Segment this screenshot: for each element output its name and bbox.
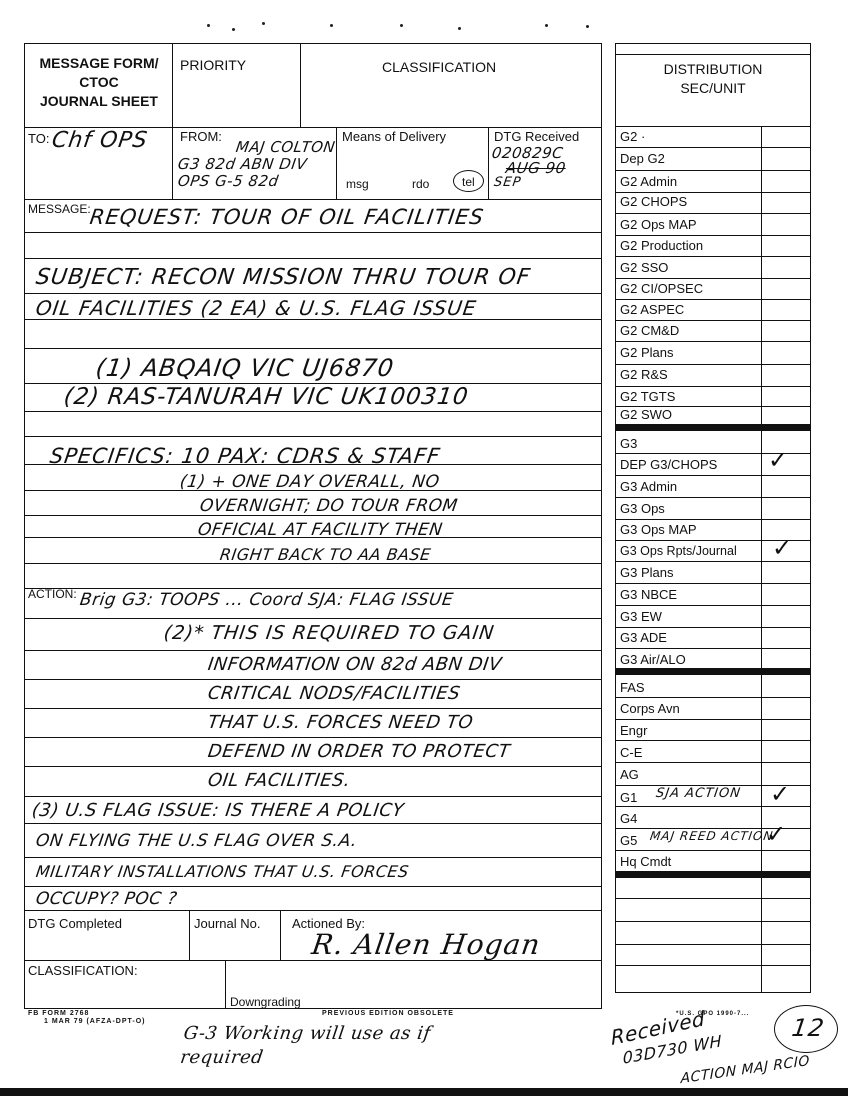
dist-item[interactable]: G3 Admin	[620, 479, 677, 494]
dist-item[interactable]: AG	[620, 767, 639, 782]
dist-item[interactable]: G3 Ops Rpts/Journal	[620, 544, 737, 558]
divider	[616, 497, 810, 498]
divider	[24, 960, 602, 961]
scan-speck	[207, 24, 210, 27]
divider	[616, 583, 810, 584]
scan-speck	[262, 22, 265, 25]
divider	[24, 199, 602, 200]
message-line[interactable]: DEFEND IN ORDER TO PROTECT	[207, 741, 512, 762]
to-value[interactable]: Chf OPS	[50, 128, 149, 153]
to-label: TO:	[28, 131, 49, 146]
dist-item[interactable]: G3 Ops MAP	[620, 522, 697, 537]
message-line[interactable]: MILITARY INSTALLATIONS THAT U.S. FORCES	[35, 862, 410, 881]
classification-label: CLASSIFICATION	[382, 59, 496, 75]
dist-item[interactable]: G3 Air/ALO	[620, 652, 686, 667]
dist-item[interactable]: G2 SWO	[620, 407, 672, 422]
scan-speck	[545, 24, 548, 27]
divider	[616, 147, 810, 148]
dist-item[interactable]: Dep G2	[620, 151, 665, 166]
divider	[225, 960, 226, 1009]
message-line[interactable]: OIL FACILITIES.	[207, 770, 352, 791]
section-separator	[615, 424, 810, 431]
message-line[interactable]: SPECIFICS: 10 PAX: CDRS & STAFF	[48, 444, 442, 468]
from-line[interactable]: MAJ COLTON	[235, 138, 337, 156]
dist-item[interactable]: G4	[620, 811, 637, 826]
means-option-tel[interactable]: tel	[462, 175, 475, 189]
g5-note: MAJ REED ACTION	[649, 829, 774, 843]
dtg-received-value[interactable]: SEP	[493, 175, 522, 190]
message-line[interactable]: RIGHT BACK TO AA BASE	[219, 545, 433, 564]
divider	[616, 386, 810, 387]
form-title-line: CTOC	[26, 73, 172, 92]
dist-item[interactable]: G2 Production	[620, 238, 703, 253]
divider	[616, 235, 810, 236]
message-line[interactable]: ON FLYING THE U.S FLAG OVER S.A.	[35, 831, 359, 851]
checkmark-icon[interactable]: ✓	[766, 820, 786, 848]
dist-item[interactable]: G2 Ops MAP	[620, 217, 697, 232]
divider	[616, 719, 810, 720]
dist-item[interactable]: G2 Plans	[620, 345, 673, 360]
form-title-line: MESSAGE FORM/	[26, 54, 172, 73]
action-label: ACTION:	[28, 587, 77, 601]
divider	[300, 43, 301, 127]
rule-line	[24, 679, 602, 680]
dist-item[interactable]: G1	[620, 790, 637, 805]
dist-item[interactable]: Hq Cmdt	[620, 854, 671, 869]
divider	[616, 605, 810, 606]
message-line[interactable]: INFORMATION ON 82d ABN DIV	[207, 654, 504, 675]
from-line[interactable]: G3 82d ABN DIV	[177, 155, 309, 173]
checkmark-icon[interactable]: ✓	[770, 780, 790, 808]
dist-item[interactable]: G2 ASPEC	[620, 302, 684, 317]
dist-item[interactable]: G2 SSO	[620, 260, 668, 275]
divider	[616, 921, 810, 922]
divider	[616, 126, 810, 127]
dtg-received-label: DTG Received	[494, 129, 579, 144]
message-line[interactable]: (3) U.S FLAG ISSUE: IS THERE A POLICY	[31, 800, 406, 821]
dist-item[interactable]: G2 CHOPS	[620, 194, 687, 209]
from-label: FROM:	[180, 129, 222, 144]
scan-speck	[232, 28, 235, 31]
rule-line	[24, 650, 602, 651]
rule-line	[24, 886, 602, 887]
divider	[616, 627, 810, 628]
distribution-title-line: SEC/UNIT	[615, 79, 811, 98]
section-separator	[615, 871, 810, 878]
dist-item[interactable]: Engr	[620, 723, 647, 738]
rule-line	[24, 411, 602, 412]
divider	[616, 256, 810, 257]
rule-line	[24, 737, 602, 738]
message-line[interactable]: (2)* THIS IS REQUIRED TO GAIN	[162, 622, 496, 644]
dist-item[interactable]: G2 Admin	[620, 174, 677, 189]
distribution-title: DISTRIBUTION SEC/UNIT	[615, 60, 811, 98]
divider	[616, 898, 810, 899]
dist-item[interactable]: G2 CM&D	[620, 323, 679, 338]
dist-item[interactable]: G2 ·	[620, 129, 645, 144]
message-line[interactable]: OCCUPY? POC ?	[35, 889, 179, 909]
means-option-msg[interactable]: msg	[346, 177, 369, 191]
message-line[interactable]: (1) ABQAIQ VIC UJ6870	[94, 354, 396, 382]
divider	[616, 192, 810, 193]
means-option-rdo[interactable]: rdo	[412, 177, 429, 191]
dist-item[interactable]: G3 EW	[620, 609, 662, 624]
divider	[616, 475, 810, 476]
divider	[616, 213, 810, 214]
divider	[172, 127, 173, 199]
divider	[189, 910, 190, 960]
divider	[616, 648, 810, 649]
classification-bottom-label: CLASSIFICATION:	[28, 963, 138, 978]
rule-line	[24, 348, 602, 349]
divider	[172, 43, 173, 127]
journal-no-label: Journal No.	[194, 916, 260, 931]
scan-speck	[400, 24, 403, 27]
footer-form-number: FB FORM 2768	[28, 1010, 89, 1017]
divider	[616, 762, 810, 763]
form-title: MESSAGE FORM/ CTOC JOURNAL SHEET	[26, 54, 172, 111]
bottom-note: G-3 Working will use as if required	[179, 1022, 506, 1070]
received-note: ACTION MAJ RCIO	[681, 1053, 810, 1087]
dist-item[interactable]: C-E	[620, 745, 642, 760]
rule-line	[24, 766, 602, 767]
divider	[616, 697, 810, 698]
divider	[616, 561, 810, 562]
scan-speck	[586, 25, 589, 28]
message-line[interactable]: OVERNIGHT; DO TOUR FROM	[199, 496, 459, 516]
dist-item[interactable]: G3 Plans	[620, 565, 673, 580]
dist-item[interactable]: Corps Avn	[620, 701, 680, 716]
rule-line	[24, 857, 602, 858]
dist-item[interactable]: G2 TGTS	[620, 389, 675, 404]
divider	[616, 965, 810, 966]
checkmark-icon[interactable]: ✓	[772, 534, 792, 562]
divider	[616, 519, 810, 520]
distribution-title-line: DISTRIBUTION	[615, 60, 811, 79]
message-line[interactable]: (1) + ONE DAY OVERALL, NO	[179, 472, 441, 492]
divider	[616, 944, 810, 945]
rule-line	[24, 258, 602, 259]
message-label: MESSAGE:	[28, 202, 91, 216]
divider	[616, 850, 810, 851]
message-line[interactable]: SUBJECT: RECON MISSION THRU TOUR OF	[34, 265, 532, 290]
divider	[280, 910, 281, 960]
scan-edge	[0, 1088, 848, 1096]
message-line[interactable]: (2) RAS-TANURAH VIC UK100310	[62, 384, 470, 410]
dist-item[interactable]: FAS	[620, 680, 645, 695]
rule-line	[24, 232, 602, 233]
dist-item[interactable]: G2 R&S	[620, 367, 668, 382]
rule-line	[24, 588, 602, 589]
message-line[interactable]: THAT U.S. FORCES NEED TO	[207, 712, 475, 733]
divider	[616, 320, 810, 321]
divider	[24, 910, 602, 911]
message-line[interactable]: REQUEST: TOUR OF OIL FACILITIES	[88, 205, 485, 229]
divider	[616, 278, 810, 279]
g1-note: SJA ACTION	[655, 786, 742, 801]
form-title-line: JOURNAL SHEET	[26, 92, 172, 111]
action-handwriting[interactable]: Brig G3: TOOPS ... Coord SJA: FLAG ISSUE	[79, 590, 455, 610]
divider	[616, 170, 810, 171]
divider	[488, 127, 489, 199]
footer-form-date: 1 MAR 79 (AFZA-DPT-O)	[44, 1018, 146, 1025]
dist-item[interactable]: G3	[620, 436, 637, 451]
rule-line	[24, 436, 602, 437]
scan-speck	[458, 27, 461, 30]
dist-item[interactable]: G3 Ops	[620, 501, 665, 516]
means-of-delivery-label: Means of Delivery	[342, 129, 446, 144]
section-separator	[615, 668, 810, 675]
checkmark-icon[interactable]: ✓	[768, 446, 788, 474]
divider	[616, 740, 810, 741]
from-line[interactable]: OPS G-5 82d	[177, 172, 280, 190]
dist-item[interactable]: G3 NBCE	[620, 587, 677, 602]
divider	[615, 54, 811, 55]
rule-line	[24, 823, 602, 824]
divider	[616, 299, 810, 300]
divider	[616, 341, 810, 342]
rule-line	[24, 708, 602, 709]
dtg-completed-label: DTG Completed	[28, 916, 122, 931]
rule-line	[24, 293, 602, 294]
scan-speck	[330, 24, 333, 27]
message-line[interactable]: OFFICIAL AT FACILITY THEN	[197, 520, 444, 540]
rule-line	[24, 618, 602, 619]
dist-item[interactable]: G3 ADE	[620, 630, 667, 645]
dist-item[interactable]: G5	[620, 833, 637, 848]
divider	[616, 806, 810, 807]
rule-line	[24, 796, 602, 797]
message-line[interactable]: CRITICAL NODS/FACILITIES	[207, 683, 462, 704]
actioned-by-signature[interactable]: R. Allen Hogan	[310, 928, 543, 961]
divider	[616, 364, 810, 365]
footer-previous-edition: PREVIOUS EDITION OBSOLETE	[322, 1010, 454, 1017]
message-line[interactable]: OIL FACILITIES (2 EA) & U.S. FLAG ISSUE	[34, 296, 478, 320]
page-number: 12	[790, 1014, 826, 1042]
downgrading-label: Downgrading	[230, 995, 301, 1009]
dist-item[interactable]: DEP G3/CHOPS	[620, 457, 717, 472]
dist-item[interactable]: G2 CI/OPSEC	[620, 281, 703, 296]
priority-label: PRIORITY	[180, 57, 246, 73]
